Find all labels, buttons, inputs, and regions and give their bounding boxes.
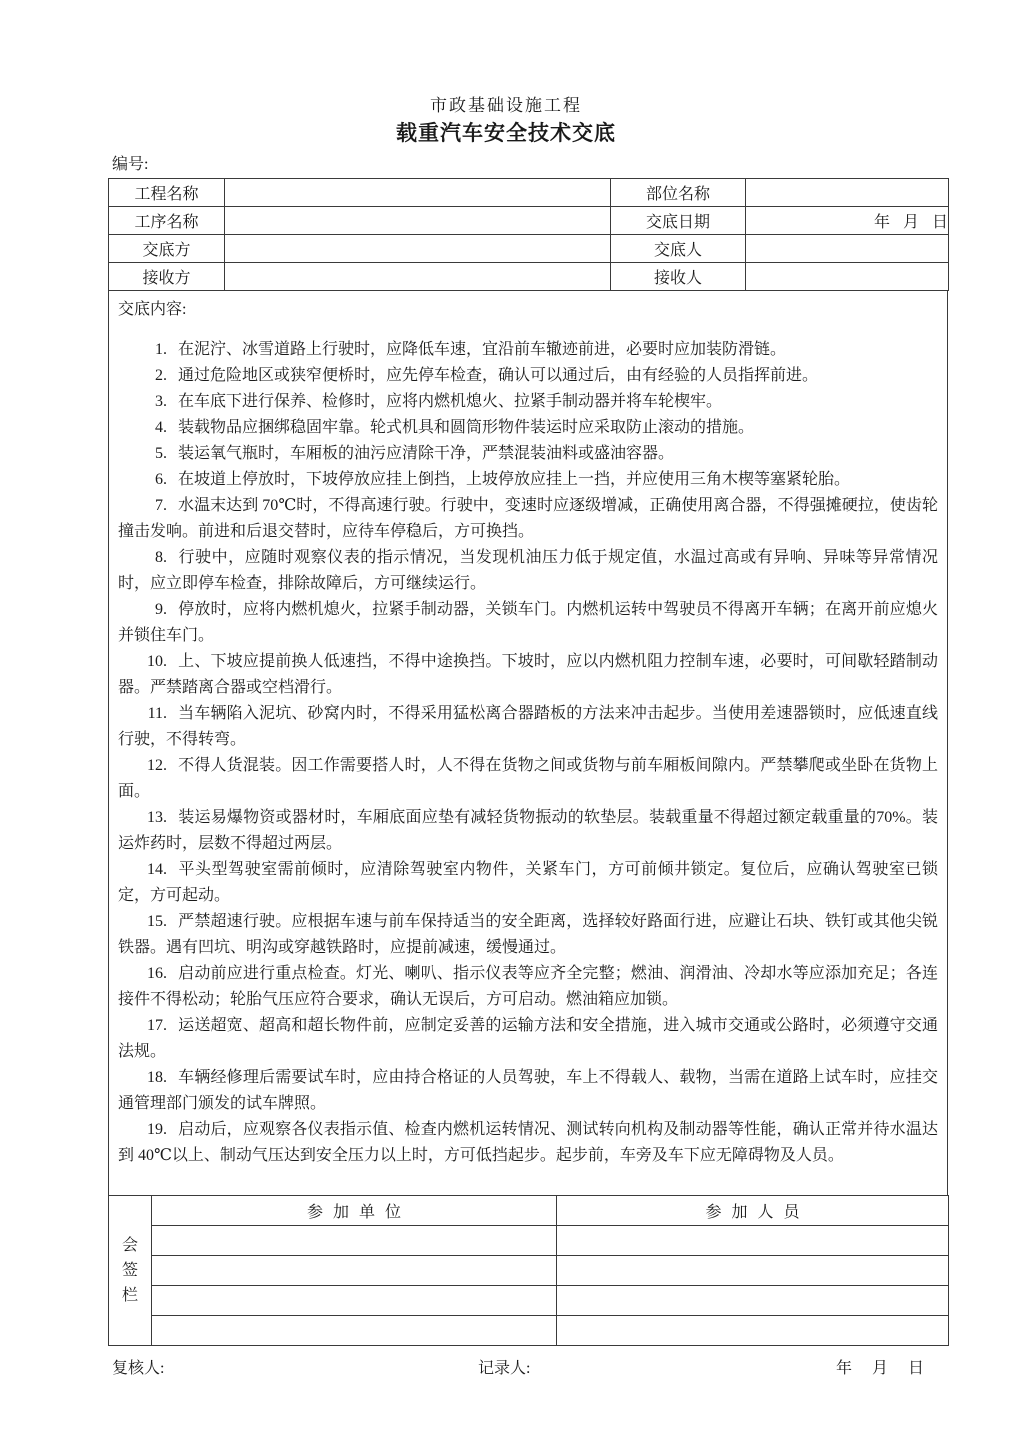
item-number: 13. (118, 805, 167, 831)
field-label-receiving-party: 接收方 (109, 263, 225, 291)
item-number: 6. (118, 467, 167, 493)
item-text: 车辆经修理后需要试车时，应由持合格证的人员驾驶，车上不得载人、载物，当需在道路上… (118, 1069, 938, 1112)
field-label-discloser: 交底人 (611, 235, 746, 263)
disclosure-item: 2.通过危险地区或狭窄便桥时，应先停车检查，确认可以通过后，由有经验的人员指挥前… (118, 363, 938, 389)
item-number: 2. (118, 363, 167, 389)
disclosure-item: 10.上、下坡应提前换人低速挡，不得中途换挡。下坡时，应以内燃机阻力控制车速，必… (118, 649, 938, 701)
item-text: 通过危险地区或狭窄便桥时，应先停车检查，确认可以通过后，由有经验的人员指挥前进。 (178, 367, 818, 384)
item-text: 水温末达到 70℃时，不得高速行驶。行驶中，变速时应逐级增减，正确使用离合器，不… (118, 497, 938, 540)
field-value-disclosing-party[interactable] (225, 235, 611, 263)
document-category-title: 市政基础设施工程 (0, 95, 1012, 117)
disclosure-item: 5.装运氧气瓶时，车厢板的油污应清除干净，严禁混装油料或盛油容器。 (118, 441, 938, 467)
disclosure-item: 8.行驶中，应随时观察仪表的指示情况，当发现机油压力低于规定值，水温过高或有异响… (118, 545, 938, 597)
document-page: 市政基础设施工程 载重汽车安全技术交底 编号: 工程名称 部位名称 工序名称 交… (0, 0, 1012, 1431)
disclosure-content-box: 交底内容: 1.在泥泞、冰雪道路上行驶时，应降低车速，宜沿前车辙迹前进，必要时应… (108, 290, 948, 1196)
footer-date-label: 年 月 日 (836, 1355, 924, 1378)
item-number: 8. (118, 545, 167, 571)
participating-unit-cell[interactable] (152, 1316, 557, 1346)
disclosure-item: 4.装载物品应捆绑稳固牢靠。轮式机具和圆筒形物件装运时应采取防止滚动的措施。 (118, 415, 938, 441)
field-value-disclosure-date[interactable]: 年 月 日 (746, 207, 949, 235)
item-text: 当车辆陷入泥坑、砂窝内时，不得采用猛松离合器踏板的方法来冲击起步。当使用差速器锁… (118, 705, 938, 748)
participating-person-cell[interactable] (557, 1256, 949, 1286)
participating-unit-cell[interactable] (152, 1286, 557, 1316)
item-number: 16. (118, 961, 167, 987)
disclosure-item: 11.当车辆陷入泥坑、砂窝内时，不得采用猛松离合器踏板的方法来冲击起步。当使用差… (118, 701, 938, 753)
table-row: 接收方 接收人 (109, 263, 949, 291)
disclosure-item: 1.在泥泞、冰雪道路上行驶时，应降低车速，宜沿前车辙迹前进，必要时应加装防滑链。 (118, 337, 938, 363)
item-number: 15. (118, 909, 167, 935)
field-value-discloser[interactable] (746, 235, 949, 263)
doc-number-label: 编号: (112, 155, 1012, 175)
table-row: 工程名称 部位名称 (109, 179, 949, 207)
disclosure-item: 12.不得人货混装。因工作需要搭人时，人不得在货物之间或货物与前车厢板间隙内。严… (118, 753, 938, 805)
countersign-column-label: 会签栏 (109, 1196, 152, 1346)
item-number: 10. (118, 649, 167, 675)
document-header: 市政基础设施工程 载重汽车安全技术交底 (0, 0, 1012, 146)
disclosure-item: 15.严禁超速行驶。应根据车速与前车保持适当的安全距离，选择较好路面行进，应避让… (118, 909, 938, 961)
info-table: 工程名称 部位名称 工序名称 交底日期 年 月 日 交底方 交底人 接收方 接收 (108, 178, 949, 291)
participating-unit-cell[interactable] (152, 1226, 557, 1256)
item-text: 平头型驾驶室需前倾时，应清除驾驶室内物件，关紧车门，方可前倾井锁定。复位后，应确… (118, 861, 938, 904)
field-label-process-name: 工序名称 (109, 207, 225, 235)
field-value-receiving-party[interactable] (225, 263, 611, 291)
participating-person-cell[interactable] (557, 1226, 949, 1256)
disclosure-item-list: 1.在泥泞、冰雪道路上行驶时，应降低车速，宜沿前车辙迹前进，必要时应加装防滑链。… (118, 337, 938, 1169)
participating-person-cell[interactable] (557, 1316, 949, 1346)
item-number: 19. (118, 1117, 167, 1143)
document-title: 载重汽车安全技术交底 (0, 120, 1012, 146)
item-number: 18. (118, 1065, 167, 1091)
recorder-label: 记录人: (478, 1355, 530, 1378)
item-text: 运送超宽、超高和超长物件前，应制定妥善的运输方法和安全措施，进入城市交通或公路时… (118, 1017, 938, 1060)
reviewer-label: 复核人: (112, 1355, 164, 1378)
field-value-part-name[interactable] (746, 179, 949, 207)
table-row: 工序名称 交底日期 年 月 日 (109, 207, 949, 235)
item-text: 行驶中，应随时观察仪表的指示情况，当发现机油压力低于规定值，水温过高或有异响、异… (118, 549, 938, 592)
item-text: 装运易爆物资或器材时，车厢底面应垫有减轻货物振动的软垫层。装载重量不得超过额定载… (118, 809, 938, 852)
table-row: 会签栏 参加单位 参加人员 (109, 1196, 949, 1226)
disclosure-item: 3.在车底下进行保养、检修时，应将内燃机熄火、拉紧手制动器并将车轮楔牢。 (118, 389, 938, 415)
item-number: 7. (118, 493, 167, 519)
participating-unit-cell[interactable] (152, 1256, 557, 1286)
item-number: 1. (118, 337, 167, 363)
field-value-receiver[interactable] (746, 263, 949, 291)
field-label-part-name: 部位名称 (611, 179, 746, 207)
participating-person-cell[interactable] (557, 1286, 949, 1316)
countersign-vertical-text: 会签栏 (122, 1233, 139, 1308)
field-value-process-name[interactable] (225, 207, 611, 235)
disclosure-item: 6.在坡道上停放时，下坡停放应挂上倒挡，上坡停放应挂上一挡，并应使用三角木楔等塞… (118, 467, 938, 493)
table-row (109, 1316, 949, 1346)
field-label-project-name: 工程名称 (109, 179, 225, 207)
disclosure-item: 16.启动前应进行重点检查。灯光、喇叭、指示仪表等应齐全完整；燃油、润滑油、冷却… (118, 961, 938, 1013)
item-number: 5. (118, 441, 167, 467)
item-text: 上、下坡应提前换人低速挡，不得中途换挡。下坡时，应以内燃机阻力控制车速，必要时，… (118, 653, 938, 696)
field-label-receiver: 接收人 (611, 263, 746, 291)
disclosure-item: 7.水温末达到 70℃时，不得高速行驶。行驶中，变速时应逐级增减，正确使用离合器… (118, 493, 938, 545)
col-header-participating-persons: 参加人员 (557, 1196, 949, 1226)
item-number: 9. (118, 597, 167, 623)
disclosure-item: 14.平头型驾驶室需前倾时，应清除驾驶室内物件，关紧车门，方可前倾井锁定。复位后… (118, 857, 938, 909)
item-text: 在坡道上停放时，下坡停放应挂上倒挡，上坡停放应挂上一挡，并应使用三角木楔等塞紧轮… (178, 471, 850, 488)
table-row (109, 1256, 949, 1286)
item-number: 17. (118, 1013, 167, 1039)
table-row (109, 1286, 949, 1316)
item-number: 11. (118, 701, 167, 727)
field-value-project-name[interactable] (225, 179, 611, 207)
field-label-disclosure-date: 交底日期 (611, 207, 746, 235)
item-number: 14. (118, 857, 167, 883)
item-text: 装运氧气瓶时，车厢板的油污应清除干净，严禁混装油料或盛油容器。 (178, 445, 674, 462)
countersign-table: 会签栏 参加单位 参加人员 (108, 1195, 949, 1346)
item-text: 在车底下进行保养、检修时，应将内燃机熄火、拉紧手制动器并将车轮楔牢。 (178, 393, 722, 410)
field-label-disclosing-party: 交底方 (109, 235, 225, 263)
item-text: 停放时，应将内燃机熄火，拉紧手制动器，关锁车门。内燃机运转中驾驶员不得离开车辆；… (118, 601, 938, 644)
disclosure-item: 17.运送超宽、超高和超长物件前，应制定妥善的运输方法和安全措施，进入城市交通或… (118, 1013, 938, 1065)
item-text: 在泥泞、冰雪道路上行驶时，应降低车速，宜沿前车辙迹前进，必要时应加装防滑链。 (178, 341, 786, 358)
table-row (109, 1226, 949, 1256)
disclosure-item: 13.装运易爆物资或器材时，车厢底面应垫有减轻货物振动的软垫层。装载重量不得超过… (118, 805, 938, 857)
item-text: 严禁超速行驶。应根据车速与前车保持适当的安全距离，选择较好路面行进，应避让石块、… (118, 913, 938, 956)
disclosure-content-label: 交底内容: (118, 297, 938, 323)
item-text: 启动前应进行重点检查。灯光、喇叭、指示仪表等应齐全完整；燃油、润滑油、冷却水等应… (118, 965, 938, 1008)
item-text: 不得人货混装。因工作需要搭人时，人不得在货物之间或货物与前车厢板间隙内。严禁攀爬… (118, 757, 938, 800)
col-header-participating-units: 参加单位 (152, 1196, 557, 1226)
disclosure-item: 19.启动后，应观察各仪表指示值、检查内燃机运转情况、测试转向机构及制动器等性能… (118, 1117, 938, 1169)
disclosure-item: 9.停放时，应将内燃机熄火，拉紧手制动器，关锁车门。内燃机运转中驾驶员不得离开车… (118, 597, 938, 649)
item-number: 12. (118, 753, 167, 779)
document-footer: 复核人: 记录人: 年 月 日 (108, 1355, 948, 1377)
item-number: 4. (118, 415, 167, 441)
disclosure-item: 18.车辆经修理后需要试车时，应由持合格证的人员驾驶，车上不得载人、载物，当需在… (118, 1065, 938, 1117)
table-row: 交底方 交底人 (109, 235, 949, 263)
item-text: 装载物品应捆绑稳固牢靠。轮式机具和圆筒形物件装运时应采取防止滚动的措施。 (178, 419, 754, 436)
item-number: 3. (118, 389, 167, 415)
item-text: 启动后，应观察各仪表指示值、检查内燃机运转情况、测试转向机构及制动器等性能，确认… (118, 1121, 938, 1164)
